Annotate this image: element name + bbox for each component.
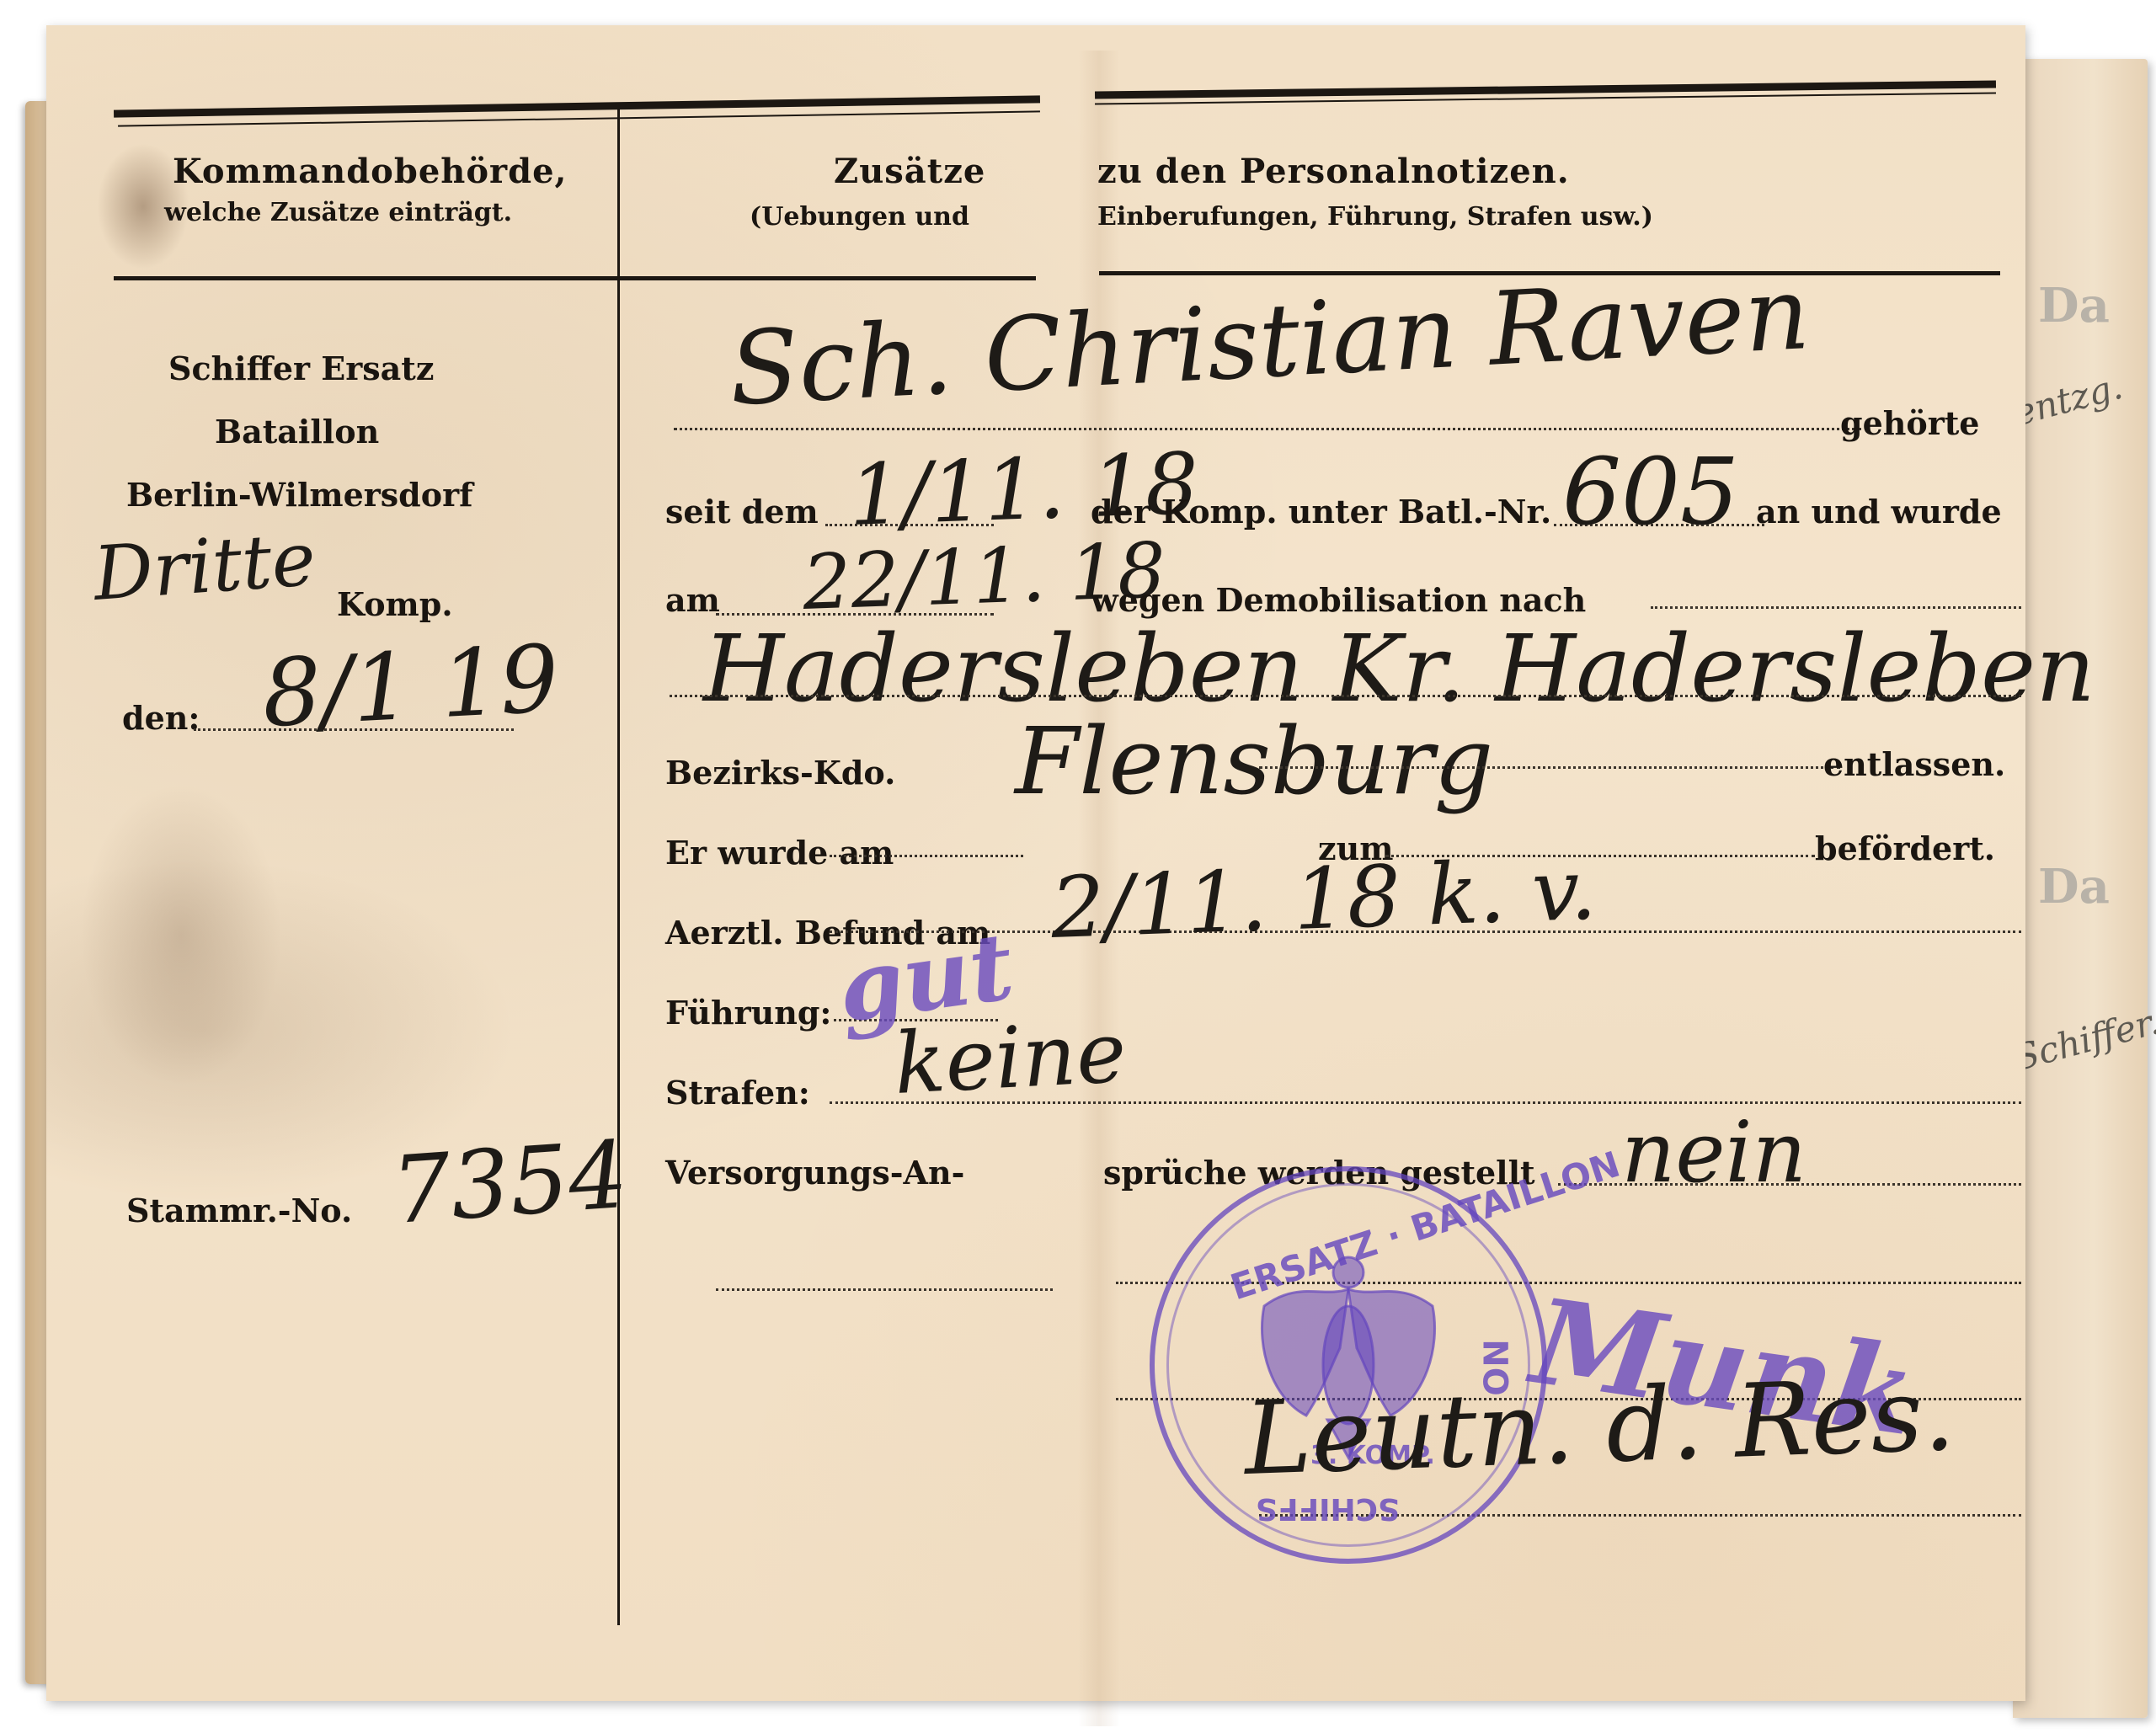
destination-handwritten: Hadersleben Kr. Hadersleben	[703, 615, 2095, 723]
back-page: Da entzg. Da Schiffer.	[2013, 59, 2148, 1718]
nach-line	[1651, 606, 2021, 609]
column-divider	[617, 109, 620, 1625]
bezirks-kdo-label: Bezirks-Kdo.	[665, 754, 895, 792]
official-stamp: ERSATZ · BATAILLON NO 3. KOMP. SCHIFFS	[1150, 1166, 1547, 1564]
den-label: den:	[122, 699, 200, 737]
soldier-name-handwritten: Sch. Christian Raven	[727, 255, 1812, 429]
komp-batl-text: der Komp. unter Batl.-Nr.	[1091, 493, 1551, 531]
destination-line	[670, 695, 2021, 697]
back-print-text: Da	[2038, 859, 2110, 914]
stammrolle-number: 7354	[388, 1121, 631, 1245]
unit-name-line2: Bataillon	[215, 413, 379, 451]
header-kommandobehoerde-sub: welche Zusätze einträgt.	[164, 198, 512, 227]
versorgung-label-part1: Versorgungs-An-	[665, 1154, 964, 1192]
officer-signature: Leutn. d. Res.	[1242, 1357, 1956, 1498]
batl-nr-handwritten: 605	[1562, 438, 1739, 546]
unit-name-line3: Berlin-Wilmersdorf	[126, 476, 472, 514]
bezirks-kdo-handwritten: Flensburg	[1015, 707, 1493, 815]
strafen-label: Strafen:	[665, 1074, 810, 1112]
back-handwriting: entzg.	[2009, 365, 2127, 434]
header-top-rule-right	[1095, 80, 1996, 99]
name-line	[674, 428, 1861, 430]
header-kommandobehoerde: Kommandobehörde,	[173, 152, 567, 191]
befoerdert-label: befördert.	[1815, 829, 1995, 867]
den-handwritten-date: 8/1 19	[259, 625, 561, 748]
komp-handwritten: Dritte	[91, 515, 318, 617]
bezirks-line	[1259, 766, 1840, 769]
entlassen-label: entlassen.	[1823, 745, 2005, 783]
unit-name-line1: Schiffer Ersatz	[168, 349, 434, 387]
header-personalnotizen-sub: Einberufungen, Führung, Strafen usw.)	[1097, 202, 1653, 232]
header-zusaetze: Zusätze	[834, 152, 985, 191]
er-wurde-am-label: Er wurde am	[665, 834, 894, 872]
strafen-handwritten: keine	[892, 1003, 1129, 1113]
komp-label: Komp.	[337, 585, 453, 623]
seit-dem-label: seit dem	[665, 493, 819, 531]
header-zusaetze-sub: (Uebungen und	[750, 202, 969, 232]
an-und-wurde-text: an und wurde	[1756, 493, 2002, 531]
gehoerte-label: gehörte	[1840, 404, 1979, 442]
versorgung-handwritten: nein	[1621, 1103, 1806, 1202]
stain	[80, 783, 282, 1086]
header-personalnotizen: zu den Personalnotizen.	[1097, 152, 1570, 191]
header-bottom-rule-left	[114, 276, 1036, 280]
back-print-text: Da	[2038, 278, 2110, 333]
blank-line	[716, 1288, 1053, 1291]
befoerdert-date-line	[830, 855, 1023, 857]
wegen-demobilisation-text: wegen Demobilisation nach	[1091, 581, 1586, 619]
back-handwriting: Schiffer.	[2010, 1000, 2156, 1079]
fuehrung-label: Führung:	[665, 994, 831, 1032]
am-label: am	[665, 581, 720, 619]
aerztl-befund-handwritten: 2/11. 18 k. v.	[1049, 840, 1598, 957]
stammrolle-label: Stammr.-No.	[126, 1192, 352, 1229]
